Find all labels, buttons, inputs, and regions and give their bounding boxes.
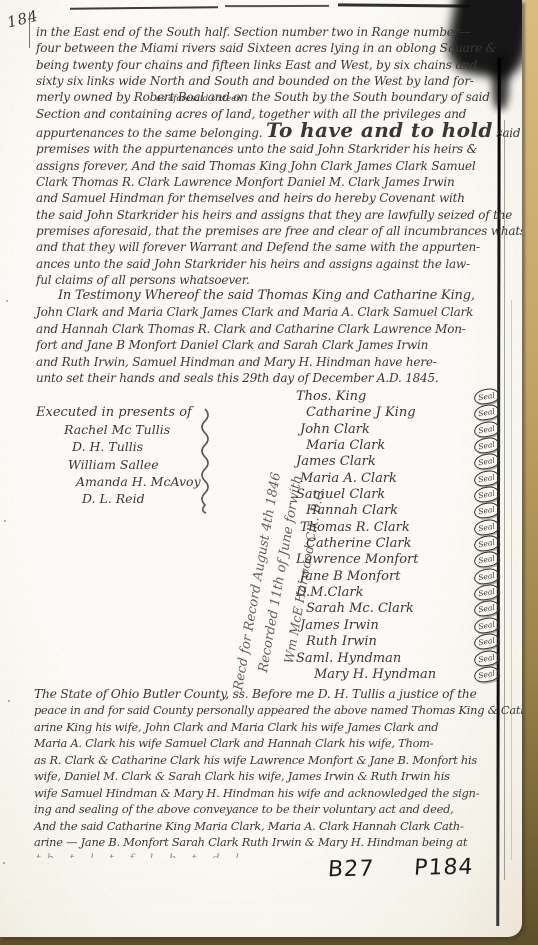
seal-stamp-icon: Seal	[473, 583, 500, 602]
signature-row: Jane B Monfort Seal	[296, 569, 506, 585]
seal-label: Seal	[478, 424, 495, 434]
testimony-line: and Hannah Clark Thomas R. Clark and Cat…	[36, 321, 475, 337]
acknowledgment-line: as R. Clark & Catharine Clark his wife L…	[34, 752, 516, 768]
signature-row: Catharine J King Seal	[296, 405, 506, 421]
signature-name: Catherine Clark	[306, 536, 412, 551]
seal-label: Seal	[478, 490, 495, 500]
signature-row: James Clark Seal	[296, 454, 506, 470]
deed-line: being twenty four chains and fifteen lin…	[36, 57, 504, 73]
seal-stamp-icon: Seal	[473, 436, 500, 455]
witness-name: D. L. Reid	[82, 490, 201, 507]
signature-name: Maria A. Clark	[300, 471, 397, 486]
seal-stamp-icon: Seal	[473, 534, 500, 553]
acknowledgment-line: arine King his wife, John Clark and Mari…	[34, 719, 516, 735]
deed-line: in the East end of the South half. Secti…	[36, 24, 504, 40]
deed-line: four between the Miami rivers said Sixte…	[36, 40, 504, 56]
seal-stamp-icon: Seal	[473, 453, 500, 472]
signature-row: Catherine Clark Seal	[296, 536, 506, 552]
seal-label: Seal	[478, 571, 495, 581]
deed-line: the said John Starkrider his heirs and a…	[36, 207, 504, 223]
signature-name: John Clark	[300, 422, 370, 437]
scan-speck	[6, 300, 8, 302]
seal-label: Seal	[478, 555, 495, 565]
top-edge-line	[225, 5, 329, 7]
page-ref: P184	[413, 855, 474, 881]
witness-list: Rachel Mc TullisD. H. TullisWilliam Sall…	[36, 421, 201, 507]
acknowledgment-line: And the said Catharine King Maria Clark,…	[34, 818, 516, 834]
seal-stamp-icon: Seal	[473, 551, 500, 570]
signature-name: Thomas R. Clark	[300, 520, 410, 535]
top-edge-line	[70, 6, 218, 10]
deed-line: and that they will forever Warrant and D…	[36, 239, 504, 255]
archive-annotation: B27 P184	[327, 855, 474, 883]
signature-row: Sarah Mc. Clark Seal	[296, 601, 506, 617]
signature-name: James Clark	[296, 454, 376, 469]
deed-line: and Samuel Hindman for themselves and he…	[36, 190, 504, 206]
seal-label: Seal	[478, 637, 495, 647]
acknowledgment-line: ing and sealing of the above conveyance …	[34, 801, 516, 817]
execution-block: Executed in presents of Rachel Mc Tullis…	[36, 404, 201, 507]
signature-name: Thos. King	[296, 389, 366, 404]
wavy-brace	[196, 407, 212, 515]
witness-name: D. H. Tullis	[72, 438, 201, 455]
testimony-line: In Testimony Whereof the said Thomas Kin…	[36, 288, 475, 304]
seal-label: Seal	[478, 653, 495, 663]
deed-paragraph: in the East end of the South half. Secti…	[36, 24, 504, 289]
witness-name: Rachel Mc Tullis	[64, 421, 201, 438]
acknowledgment-line: Maria A. Clark his wife Samuel Clark and…	[34, 735, 516, 751]
seal-stamp-icon: Seal	[473, 485, 500, 504]
seal-label: Seal	[478, 539, 495, 549]
signature-name: Jane B Monfort	[300, 569, 400, 584]
signature-row: Ruth Irwin Seal	[296, 634, 506, 650]
testimony-paragraph: In Testimony Whereof the said Thomas Kin…	[36, 288, 475, 386]
witness-name: William Sallee	[68, 456, 201, 473]
acknowledgment-line: The State of Ohio Butler County, ss. Bef…	[34, 686, 516, 702]
signature-name: Samuel Clark	[296, 487, 385, 502]
testimony-line: fort and Jane B Monfort Daniel Clark and…	[36, 337, 475, 353]
deed-line: Clark Thomas R. Clark Lawrence Monfort D…	[36, 174, 504, 190]
deed-line: merly owned by Robert Boal and on the So…	[36, 89, 504, 105]
signature-name: Hannah Clark	[306, 503, 398, 518]
seal-stamp-icon: Seal	[473, 600, 500, 619]
signature-row: Maria A. Clark Seal	[296, 471, 506, 487]
deed-line: ful claims of all persons whatsoever.	[36, 272, 504, 288]
seal-label: Seal	[478, 604, 495, 614]
seal-label: Seal	[478, 522, 495, 532]
signature-name: Saml. Hyndman	[296, 651, 401, 666]
signature-column: Thos. King Seal Catharine J King Seal Jo…	[296, 389, 506, 683]
deed-record-page: 184 in the East end of the South half. S…	[0, 0, 522, 937]
seal-stamp-icon: Seal	[473, 420, 500, 439]
signature-row: D.M.Clark Seal	[296, 585, 506, 601]
acknowledgment-line: arine — Jane B. Monfort Sarah Clark Ruth…	[34, 834, 516, 850]
signature-name: D.M.Clark	[296, 585, 363, 600]
acknowledgment-paragraph: The State of Ohio Butler County, ss. Bef…	[34, 686, 516, 851]
signature-name: Lawrence Monfort	[296, 552, 418, 567]
deed-line: sixty six links wide North and South and…	[36, 73, 504, 89]
testimony-line: John Clark and Maria Clark James Clark a…	[36, 304, 475, 320]
signature-row: John Clark Seal	[296, 422, 506, 438]
seal-stamp-icon: Seal	[473, 649, 500, 668]
habendum-phrase: To have and to hold	[266, 118, 493, 142]
signature-row: James Irwin Seal	[296, 618, 506, 634]
seal-stamp-icon: Seal	[473, 616, 500, 635]
seal-label: Seal	[478, 392, 495, 402]
deed-line: ances unto the said John Starkrider his …	[36, 256, 504, 272]
seal-stamp-icon: Seal	[473, 665, 500, 684]
seal-stamp-icon: Seal	[473, 632, 500, 651]
deed-line: assigns forever, And the said Thomas Kin…	[36, 158, 504, 174]
signature-row: Maria Clark Seal	[296, 438, 506, 454]
deed-lines-top: in the East end of the South half. Secti…	[36, 24, 504, 122]
signature-name: Ruth Irwin	[306, 634, 377, 649]
deed-line: premises with the appurtenances unto the…	[36, 141, 504, 157]
signature-row: Thomas R. Clark Seal	[296, 520, 506, 536]
scan-speck	[4, 520, 6, 522]
seal-stamp-icon: Seal	[473, 502, 500, 521]
habendum-post: said	[493, 126, 521, 140]
habendum-pre: appurtenances to the same belonging.	[36, 126, 266, 140]
signature-name: Sarah Mc. Clark	[306, 601, 414, 616]
signature-name: Maria Clark	[306, 438, 385, 453]
deed-line: premises aforesaid, that the premises ar…	[36, 223, 504, 239]
signature-name: Mary H. Hyndman	[314, 667, 436, 682]
habendum-line: appurtenances to the same belonging. To …	[36, 122, 504, 141]
witness-name: Amanda H. McAvoy	[76, 473, 201, 490]
signature-row: Saml. Hyndman Seal	[296, 651, 506, 667]
signature-name: James Irwin	[300, 618, 379, 633]
signature-row: Hannah Clark Seal	[296, 503, 506, 519]
scan-speck	[8, 700, 10, 702]
scan-backdrop: 184 in the East end of the South half. S…	[0, 0, 538, 945]
seal-label: Seal	[478, 588, 495, 598]
signature-row: Lawrence Monfort Seal	[296, 552, 506, 568]
seal-stamp-icon: Seal	[473, 403, 500, 422]
deed-lines-bottom: premises with the appurtenances unto the…	[36, 141, 504, 288]
signature-row: Mary H. Hyndman Seal	[296, 667, 506, 683]
top-edge-line	[338, 3, 470, 7]
seal-label: Seal	[478, 408, 495, 418]
scan-speck	[3, 862, 5, 864]
testimony-line: and Ruth Irwin, Samuel Hindman and Mary …	[36, 354, 475, 370]
seal-stamp-icon: Seal	[473, 518, 500, 537]
interline-insertion: as aforesaid sixteen	[156, 95, 242, 104]
seal-stamp-icon: Seal	[473, 387, 500, 406]
testimony-line: unto set their hands and seals this 29th…	[36, 370, 475, 386]
execution-heading: Executed in presents of	[36, 404, 201, 421]
signature-name: Catharine J King	[306, 405, 416, 420]
seal-stamp-icon: Seal	[473, 567, 500, 586]
seal-stamp-icon: Seal	[473, 469, 500, 488]
seal-label: Seal	[478, 457, 495, 467]
acknowledgment-line: wife, Daniel M. Clark & Sarah Clark his …	[34, 768, 516, 784]
book-ref: B27	[327, 856, 375, 882]
seal-label: Seal	[478, 506, 495, 516]
acknowledgment-line: wife Samuel Hindman & Mary H. Hindman hi…	[34, 785, 516, 801]
seal-label: Seal	[478, 441, 495, 451]
signature-row: Samuel Clark Seal	[296, 487, 506, 503]
seal-label: Seal	[478, 473, 495, 483]
seal-label: Seal	[478, 620, 495, 630]
signature-row: Thos. King Seal	[296, 389, 506, 405]
acknowledgment-line: peace in and for said County personally …	[34, 702, 516, 718]
seal-label: Seal	[478, 669, 495, 679]
